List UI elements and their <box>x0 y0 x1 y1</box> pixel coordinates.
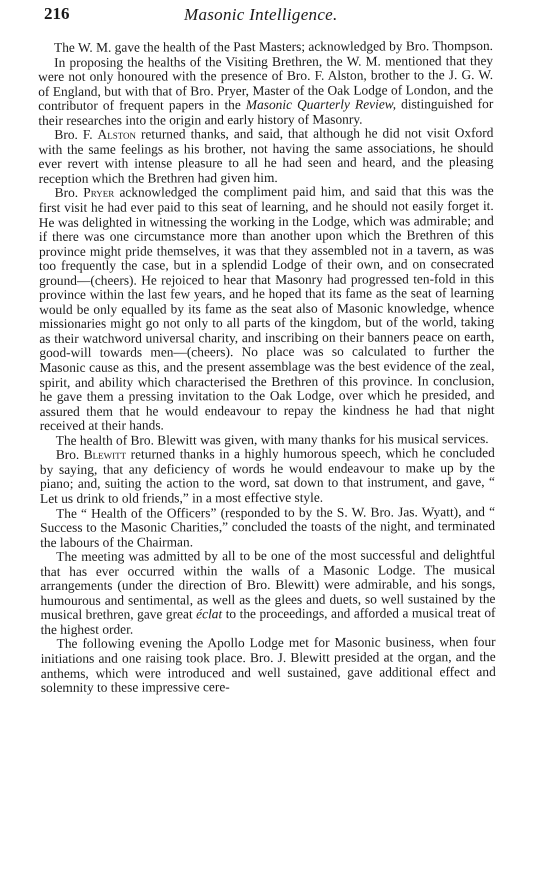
publication-title: Masonic Quarterly Review, <box>246 97 396 113</box>
paragraph-meeting-summary: The meeting was admitted by all to be on… <box>40 548 495 637</box>
text-segment: The “ Health of the Officers” (responded… <box>40 504 495 550</box>
paragraph-blewitt-reply: Bro. Blewitt returned thanks in a highly… <box>40 446 495 506</box>
page-header: 216 Masonic Intelligence. <box>44 4 490 26</box>
text-segment: Bro. <box>55 185 84 200</box>
running-title: Masonic Intelligence. <box>184 5 338 25</box>
text-segment: Bro. <box>56 447 84 462</box>
paragraph-apollo-lodge: The following evening the Apollo Lodge m… <box>41 635 496 695</box>
text-segment: The following evening the Apollo Lodge m… <box>41 634 496 695</box>
paragraph-officers-toast: The “ Health of the Officers” (responded… <box>40 505 495 551</box>
speaker-name: Alston <box>97 127 136 142</box>
paragraph-alston: Bro. F. Alston returned thanks, and said… <box>38 126 493 186</box>
page-number: 216 <box>44 4 70 24</box>
speaker-name: Pryer <box>83 185 114 200</box>
text-segment: acknowledged the compliment paid him, an… <box>39 183 495 433</box>
paragraph-visiting-brethren: In proposing the healths of the Visiting… <box>38 54 493 129</box>
foreign-word: éclat <box>196 607 222 622</box>
speaker-name: Blewitt <box>84 447 126 462</box>
document-page: 216 Masonic Intelligence. The W. M. gave… <box>0 0 539 896</box>
paragraph-pryer: Bro. Pryer acknowledged the compliment p… <box>39 184 495 433</box>
body-text: The W. M. gave the health of the Past Ma… <box>38 39 496 696</box>
text-segment: Bro. F. <box>54 127 97 142</box>
